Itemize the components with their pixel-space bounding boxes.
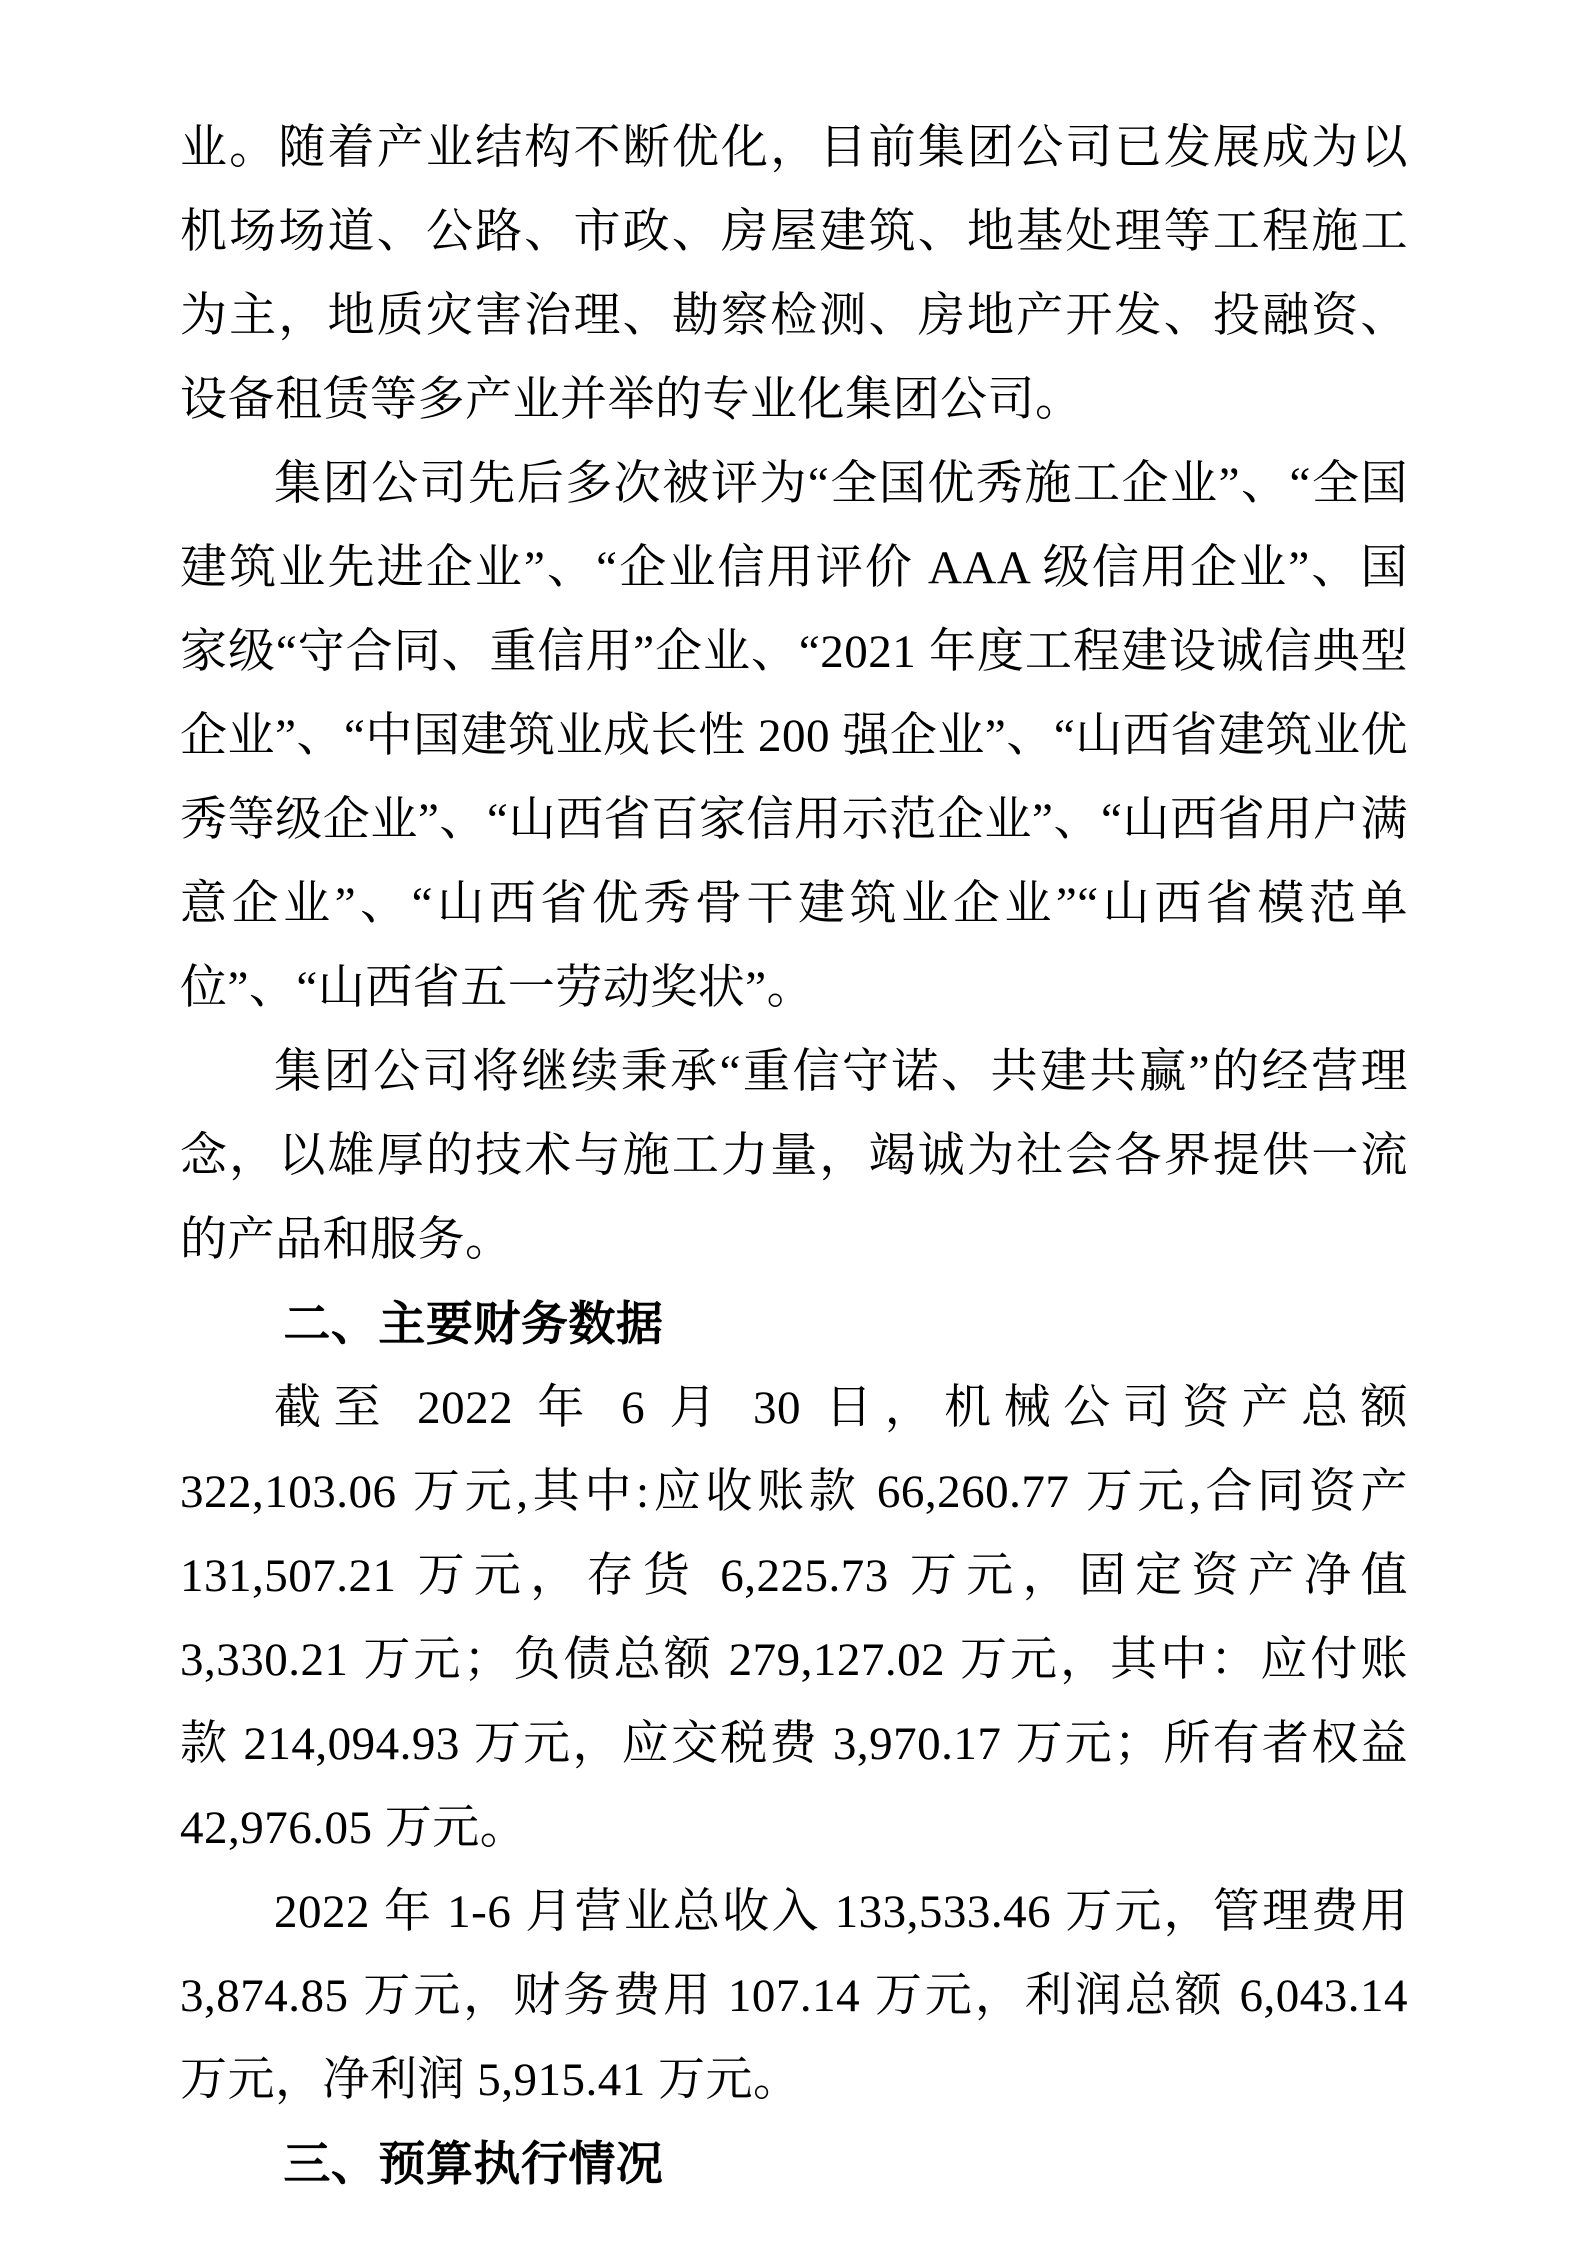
section-heading-budget-execution: 三、预算执行情况: [180, 2122, 1408, 2206]
paragraph-company-honors: 集团公司先后多次被评为“全国优秀施工企业”、“全国建筑业先进企业”、“企业信用评…: [180, 442, 1408, 1030]
paragraph-income-statement-figures: 2022 年 1-6 月营业总收入 133,533.46 万元，管理费用 3,8…: [180, 1870, 1408, 2122]
section-heading-financial-data: 二、主要财务数据: [180, 1282, 1408, 1366]
document-content: 业。随着产业结构不断优化，目前集团公司已发展成为以机场场道、公路、市政、房屋建筑…: [180, 106, 1408, 2206]
document-page: 业。随着产业结构不断优化，目前集团公司已发展成为以机场场道、公路、市政、房屋建筑…: [0, 0, 1587, 2245]
paragraph-balance-sheet-figures: 截至 2022 年 6 月 30 日，机械公司资产总额 322,103.06 万…: [180, 1366, 1408, 1870]
paragraph-business-philosophy: 集团公司将继续秉承“重信守诺、共建共赢”的经营理念，以雄厚的技术与施工力量，竭诚…: [180, 1030, 1408, 1282]
paragraph-company-overview-continuation: 业。随着产业结构不断优化，目前集团公司已发展成为以机场场道、公路、市政、房屋建筑…: [180, 106, 1408, 442]
